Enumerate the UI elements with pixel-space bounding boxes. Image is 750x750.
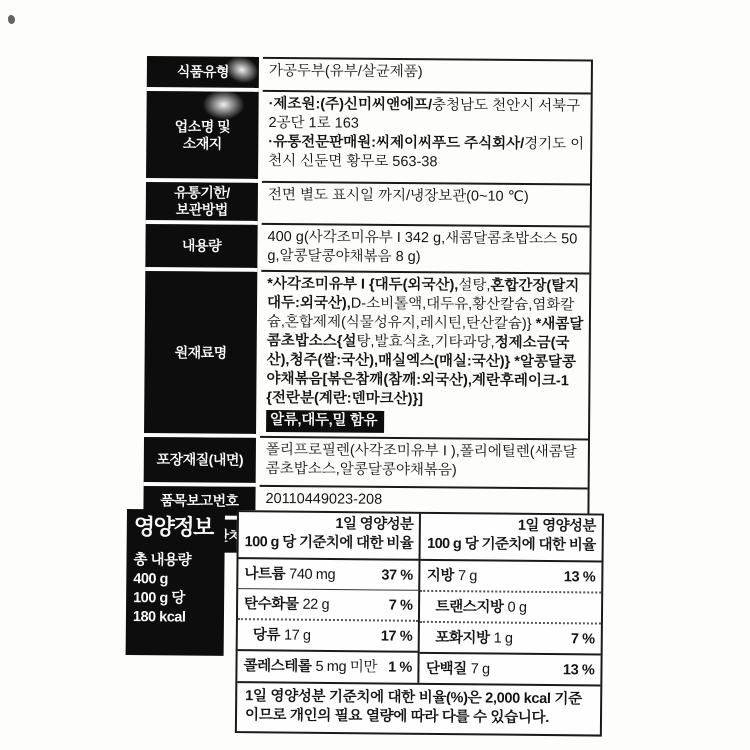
spec-value-packaging: 폴리프로필렌(사각조미유부 I ),폴리에틸렌(새콤달콤초밥소스,알콩달콩야채볶… <box>260 438 588 490</box>
spec-label-food-type: 식품유형 <box>147 56 259 92</box>
spec-label-ingredients: 원재료명 <box>144 271 257 438</box>
allergen-line: 알류,대두,밀 함유 <box>266 410 583 434</box>
serving-line: 100 g 당 <box>133 589 219 609</box>
nutrition-row-carbohydrate: 탄수화물 22 g 7 % <box>238 589 419 622</box>
nutrition-row-cholesterol: 콜레스테롤 5 mg 미만 1 % <box>237 651 418 682</box>
nutrient-name: 단백질 <box>426 657 467 678</box>
spec-label-text: 원재료명 <box>175 344 227 361</box>
manufacturer-line: ·제조원:(주)신미씨앤에프/충청남도 천안시 서북구 2공단 1로 163 <box>268 95 585 135</box>
nutrient-name: 포화지방 <box>435 626 490 648</box>
nutrition-row-saturated-fat: 포화지방 1 g 7 % <box>420 623 601 656</box>
nutrient-name: 지방 <box>427 564 454 585</box>
ingredient-segment: 설탕, <box>458 277 490 293</box>
nutrition-title: 영양정보 <box>134 514 220 541</box>
header-line: 1일 영양성분 <box>245 514 414 535</box>
serving-line: 400 g <box>133 570 219 590</box>
nutrient-amount: 0 g <box>508 600 527 616</box>
ingredient-segment: *사각조미유부 I {대두(외국산), <box>267 276 458 294</box>
spec-value-company: ·제조원:(주)신미씨앤에프/충청남도 천안시 서북구 2공단 1로 163 ·… <box>262 92 591 186</box>
spec-label-text: 내용량 <box>182 237 221 254</box>
spec-label-text: 포장재질(내면) <box>157 451 244 469</box>
nutrient-amount: 7 g <box>458 568 477 584</box>
spec-label-expiry: 유통기한/ 보관방법 <box>146 182 258 225</box>
nutrition-column-header: 1일 영양성분 100 g 당 기준치에 대한 비율 <box>421 514 602 563</box>
spec-label-company: 업소명 및 소재지 <box>146 91 259 183</box>
nutrient-name: 탄수화물 <box>244 592 299 614</box>
nutrition-summary-box: 영양정보 총 내용량 400 g 100 g 당 180 kcal <box>126 509 225 656</box>
nutrition-column-left: 1일 영양성분 100 g 당 기준치에 대한 비율 나트륨 740 mg 37… <box>237 512 421 683</box>
nutrient-amount: 7 g <box>471 661 490 677</box>
nutrition-serving-info: 총 내용량 400 g 100 g 당 180 kcal <box>133 551 220 628</box>
header-line: 1일 영양성분 <box>427 516 596 537</box>
nutrient-daily-value: 7 % <box>567 631 595 647</box>
nutrition-column-right: 1일 영양성분 100 g 당 기준치에 대한 비율 지방 7 g 13 % 트… <box>420 514 602 685</box>
spec-label-text: 유통기한/ 보관방법 <box>174 184 230 218</box>
spec-value-food-type: 가공두부(유부/살균제품) <box>263 57 591 95</box>
nutrient-name: 트랜스지방 <box>435 595 503 617</box>
nutrient-name: 당류 <box>253 623 280 644</box>
nutrition-columns: 1일 영양성분 100 g 당 기준치에 대한 비율 나트륨 740 mg 37… <box>237 512 602 684</box>
spec-label-text: 식품유형 <box>177 63 229 80</box>
nutrition-row-sodium: 나트륨 740 mg 37 % <box>238 559 419 591</box>
distributor-line: ·유통전문판매원:씨제이씨푸드 주식회사/경기도 이천시 신둔면 황무로 563… <box>268 133 585 173</box>
nutrient-daily-value: 13 % <box>560 569 596 585</box>
spec-value-net-content: 400 g(사각조미유부 I 342 g,새콤달콤초밥소스 50 g,알콩달콩야… <box>261 225 589 275</box>
print-smudge <box>203 89 245 119</box>
print-smudge <box>222 52 262 87</box>
serving-line: 총 내용량 <box>133 551 219 571</box>
nutrient-amount: 5 mg 미만 <box>315 655 377 677</box>
nutrient-amount: 22 g <box>302 597 329 613</box>
serving-line: 180 kcal <box>133 608 219 628</box>
print-speck <box>8 15 15 24</box>
nutrition-row-trans-fat: 트랜스지방 0 g <box>420 592 601 625</box>
nutrition-row-protein: 단백질 7 g 13 % <box>420 654 601 685</box>
header-line: 100 g 당 기준치에 대한 비율 <box>427 535 596 556</box>
nutrient-daily-value: 1 % <box>384 659 412 675</box>
spec-label-packaging: 포장재질(내면) <box>144 437 256 487</box>
nutrition-facts-box: 1일 영양성분 100 g 당 기준치에 대한 비율 나트륨 740 mg 37… <box>235 510 604 737</box>
spec-label-text: 품목보고번호 <box>160 492 238 510</box>
nutrient-amount: 17 g <box>284 628 311 644</box>
nutrient-name: 나트륨 <box>244 562 285 583</box>
nutrition-row-sugars: 당류 17 g 17 % <box>238 620 419 653</box>
nutrition-footnote: 1일 영양성분 기준치에 대한 비율(%)은 2,000 kcal 기준이므로 … <box>237 681 600 734</box>
header-line: 100 g 당 기준치에 대한 비율 <box>245 533 414 554</box>
manufacturer-prefix: ·제조원:(주)신미씨앤에프/ <box>269 96 433 113</box>
spec-value-expiry: 전면 별도 표시일 까지/냉장보관(0~10 ℃) <box>262 183 590 228</box>
nutrient-amount: 1 g <box>494 631 513 647</box>
product-spec-table: 식품유형 가공두부(유부/살균제품) 업소명 및 소재지 ·제조원:(주)신미씨… <box>143 56 593 555</box>
nutrient-daily-value: 7 % <box>385 597 413 613</box>
spec-label-text: 업소명 및 소재지 <box>174 118 230 152</box>
allergen-badge: 알류,대두,밀 함유 <box>266 410 384 433</box>
nutrient-name: 콜레스테롤 <box>243 654 311 676</box>
nutrition-column-header: 1일 영양성분 100 g 당 기준치에 대한 비율 <box>239 512 420 561</box>
nutrition-table: 영양정보 총 내용량 400 g 100 g 당 180 kcal 1일 영양성… <box>125 509 574 736</box>
nutrient-daily-value: 17 % <box>377 628 413 644</box>
nutrition-row-fat: 지방 7 g 13 % <box>421 561 602 594</box>
nutrient-daily-value: 13 % <box>559 662 595 678</box>
spec-value-ingredients: *사각조미유부 I {대두(외국산),설탕,혼합간장(탈지대두:외국산),D-소… <box>260 272 589 441</box>
nutrient-amount: 740 mg <box>289 567 335 583</box>
nutrition-summary-column: 영양정보 총 내용량 400 g 100 g 당 180 kcal <box>125 509 237 733</box>
distributor-prefix: ·유통전문판매원:씨제이씨푸드 주식회사/ <box>268 134 524 152</box>
spec-label-net-content: 내용량 <box>145 224 257 272</box>
ingredient-segment: 탕,발효식초,기타과당, <box>356 334 494 351</box>
nutrient-daily-value: 37 % <box>377 567 413 583</box>
